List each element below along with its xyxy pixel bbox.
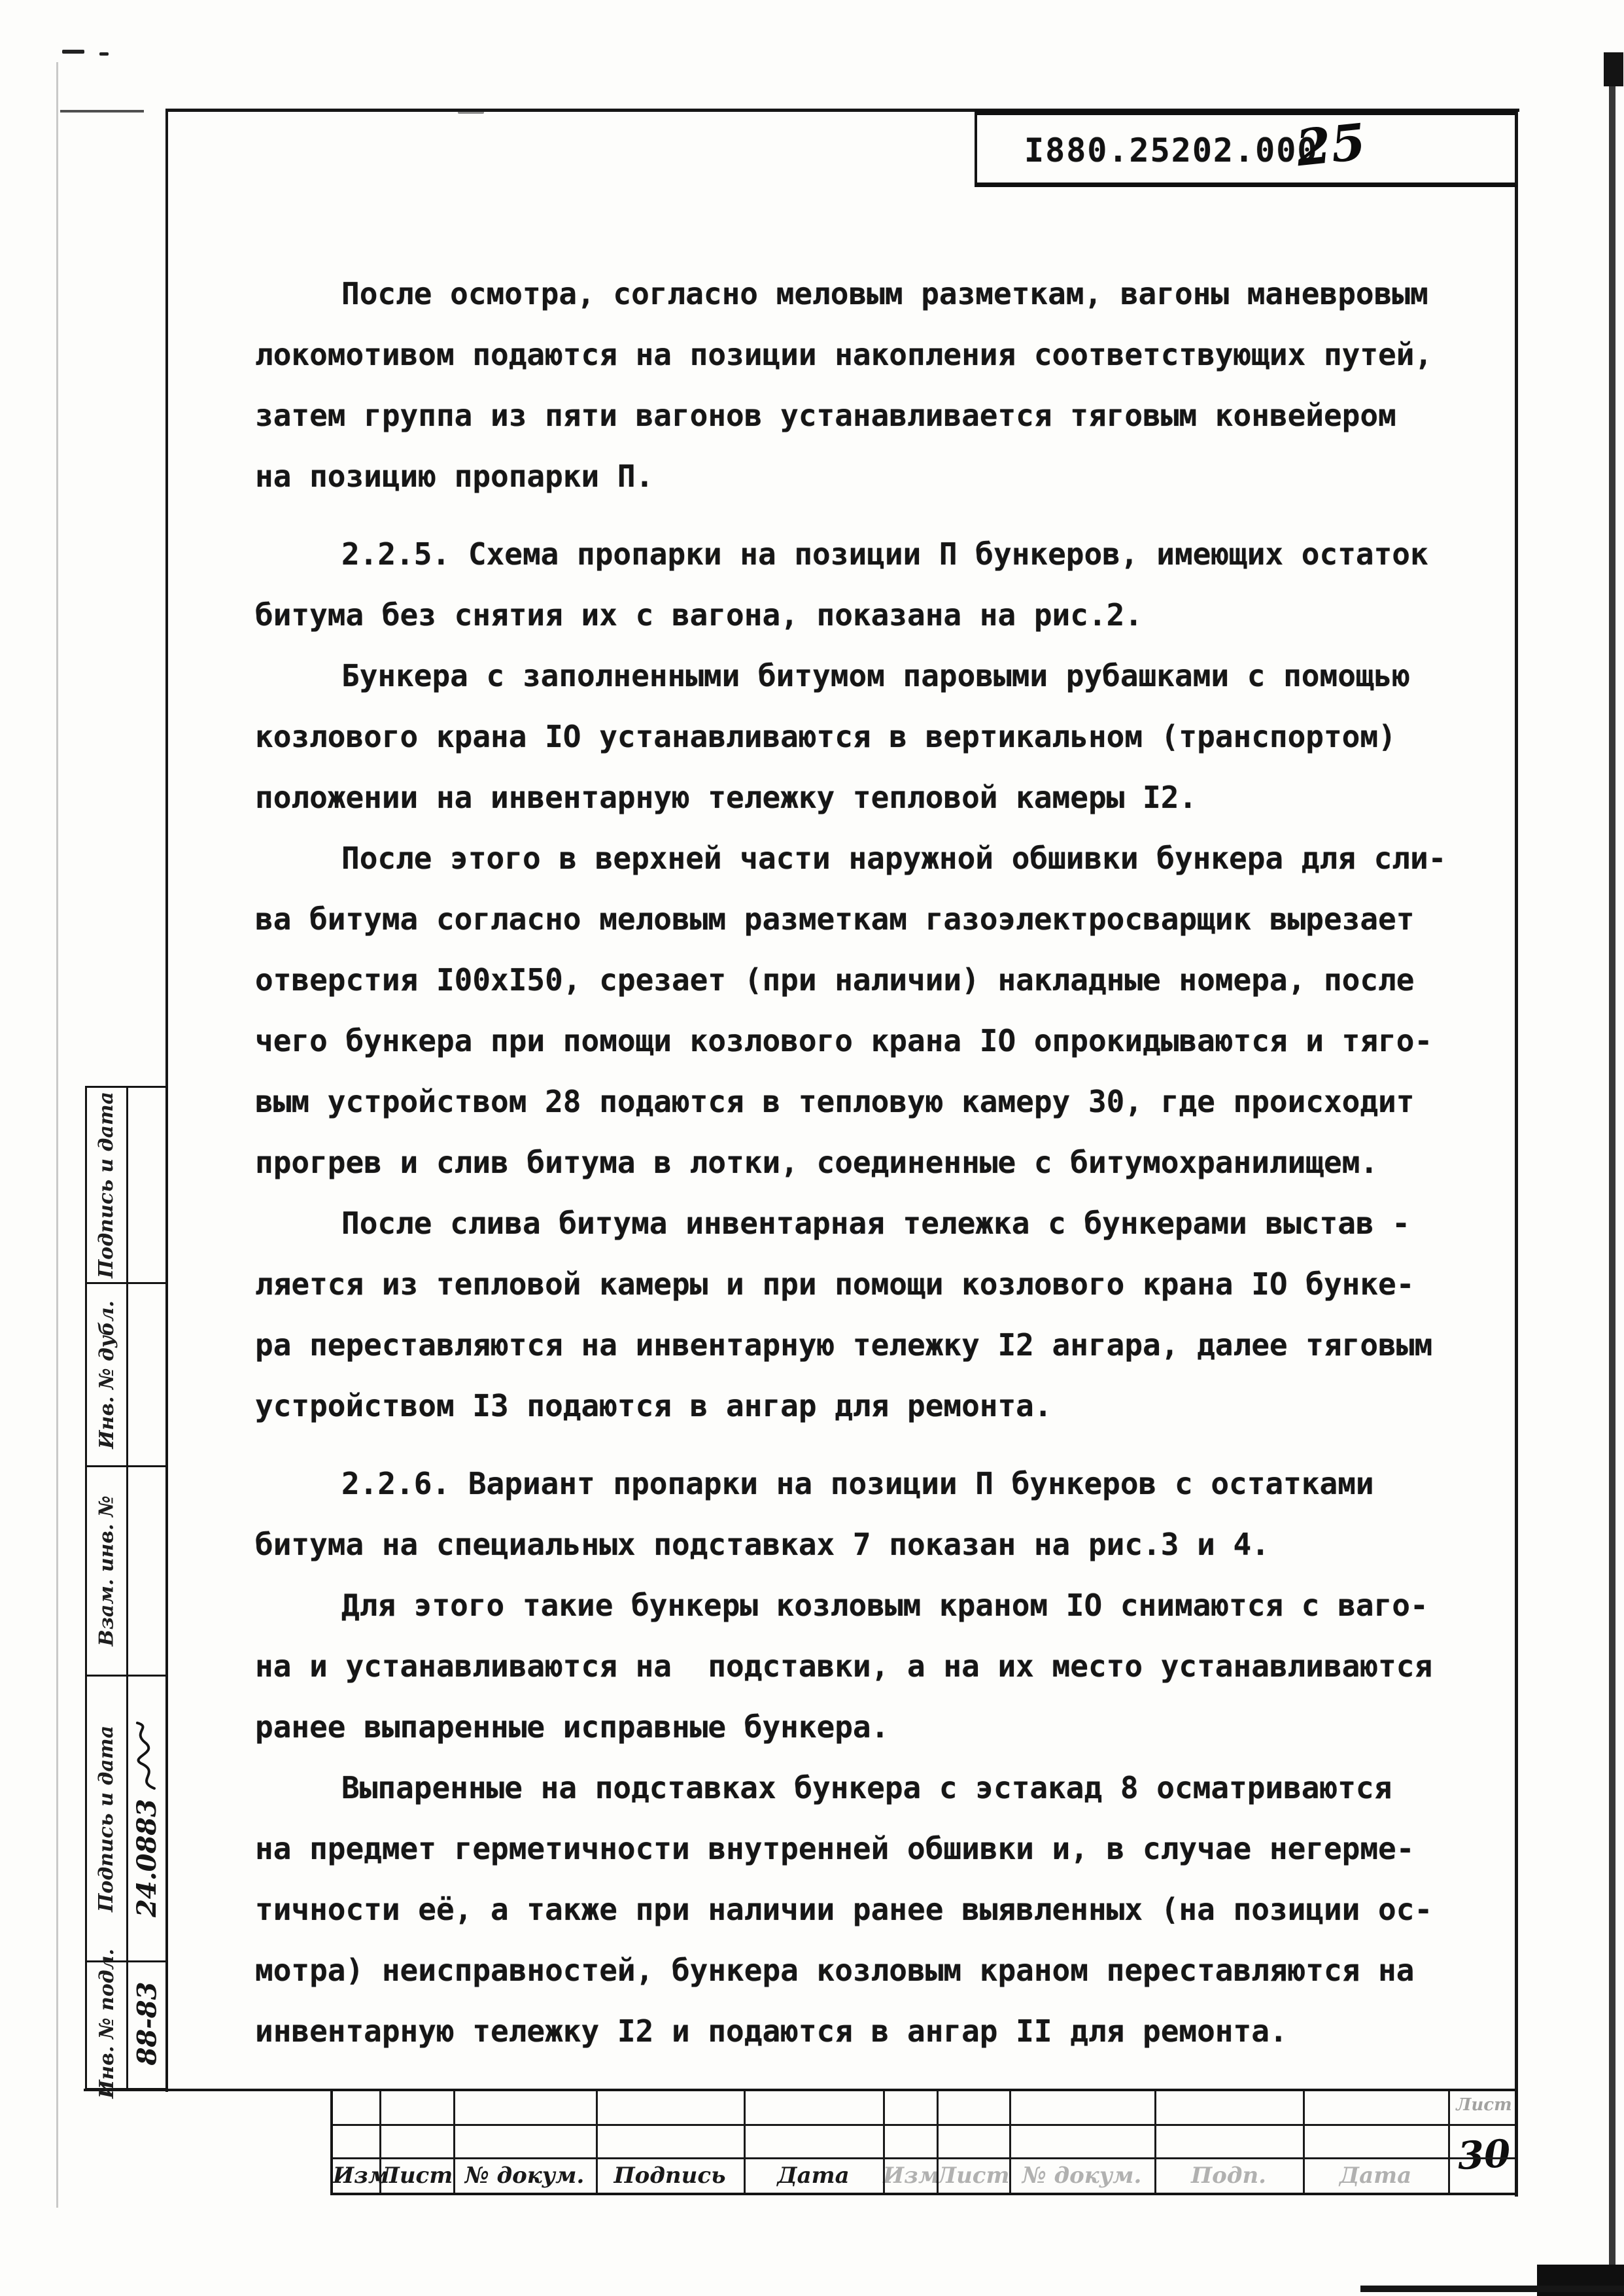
text-line: ва битума согласно меловым разметкам газ… (255, 889, 1494, 950)
scan-speck (458, 111, 484, 114)
scan-speck (62, 50, 84, 54)
text-line: прогрев и слив битума в лотки, соединенн… (255, 1132, 1494, 1193)
scan-speck (99, 52, 109, 56)
stamp-label: Лист (379, 2159, 453, 2193)
handwritten-value: 88-83 (131, 1981, 162, 2065)
text-line: локомотивом подаются на позиции накоплен… (255, 324, 1494, 385)
text-line: козлового крана IO устанавливаются в вер… (255, 706, 1494, 767)
text-line: ра переставляются на инвентарную тележку… (255, 1315, 1494, 1376)
text-line: После осмотра, согласно меловым разметка… (255, 264, 1494, 324)
text-line: инвентарную тележку I2 и подаются в анга… (255, 2001, 1494, 2062)
stamp-column-line (1448, 2091, 1450, 2193)
title-block-stamp: Лист 30 ИзмЛист№ докум.ПодписьДатаИзмЛис… (330, 2089, 1517, 2195)
handwritten-value: 24.0883 (131, 1799, 162, 1917)
frame-right-line (1515, 109, 1518, 2197)
sidebar-cell-label-text: Подпись и дата (95, 1725, 118, 1911)
text-line: битума без снятия их с вагона, показана … (255, 585, 1494, 646)
sidebar-cell: Инв. № дубл. (87, 1284, 165, 1467)
sheet-number-handwritten: 30 (1447, 2130, 1521, 2180)
text-line: После слива битума инвентарная тележка с… (255, 1193, 1494, 1254)
text-line: вым устройством 28 подаются в тепловую к… (255, 1071, 1494, 1132)
sidebar-cell-value: 24.0883 (128, 1677, 165, 1960)
sidebar-cell: Взам. инв. № (87, 1467, 165, 1677)
text-line: затем группа из пяти вагонов устанавлива… (255, 385, 1494, 446)
scanned-document-page: { "header": { "doc_number": "I880.25202.… (0, 0, 1624, 2296)
stamp-label-faded: Подп. (1154, 2159, 1303, 2193)
text-line: 2.2.5. Схема пропарки на позиции П бунке… (255, 524, 1494, 585)
text-line: на позицию пропарки П. (255, 446, 1494, 507)
text-line: ранее выпаренные исправные бункера. (255, 1697, 1494, 1758)
text-line: чего бункера при помощи козлового крана … (255, 1011, 1494, 1071)
sidebar-cell-value: 88-83 (128, 1962, 165, 2084)
text-line: битума на специальных подставках 7 показ… (255, 1514, 1494, 1575)
text-line: устройством I3 подаются в ангар для ремо… (255, 1376, 1494, 1436)
signature-scribble (132, 1720, 162, 1792)
sheet-label: Лист (1448, 2095, 1520, 2115)
stamp-label-faded: Лист (937, 2159, 1009, 2193)
text-line: отверстия I00хI50, срезает (при наличии)… (255, 950, 1494, 1011)
stamp-label: Подпись (596, 2159, 744, 2193)
text-line: Выпаренные на подставках бункера с эстак… (255, 1758, 1494, 1818)
text-line: тичности её, а также при наличии ранее в… (255, 1879, 1494, 1940)
sidebar-cell-label-text: Взам. инв. № (95, 1495, 118, 1646)
frame-stray-mark (60, 110, 144, 113)
text-line: Бункера с заполненными битумом паровыми … (255, 646, 1494, 706)
text-line: положении на инвентарную тележку теплово… (255, 767, 1494, 828)
sidebar-cell-label: Подпись и дата (87, 1088, 126, 1282)
text-line: Для этого такие бункеры козловым краном … (255, 1575, 1494, 1636)
sidebar-cell-label-text: Инв. № дубл. (95, 1300, 118, 1449)
doc-number-handwritten: 25 (1294, 117, 1368, 174)
sidebar-cell: Инв. № подл.88-83 (87, 1962, 165, 2084)
scan-right-edge (1609, 52, 1615, 2295)
text-line: После этого в верхней части наружной обш… (255, 828, 1494, 889)
sidebar-cell-label-text: Инв. № подл. (95, 1949, 118, 2098)
doc-number-text: I880.25202.000 (1024, 132, 1318, 169)
doc-number-box: I880.25202.000 25 (975, 110, 1517, 187)
typed-text-block: После осмотра, согласно меловым разметка… (255, 264, 1494, 2062)
text-line: на предмет герметичности внутренней обши… (255, 1818, 1494, 1879)
text-line: 2.2.6. Вариант пропарки на позиции П бун… (255, 1453, 1494, 1514)
sidebar-cell-label: Инв. № подл. (87, 1962, 126, 2084)
sidebar-cell-label: Подпись и дата (87, 1677, 126, 1960)
stamp-label: № докум. (453, 2159, 596, 2193)
stamp-label-faded: Изм (883, 2159, 937, 2193)
scan-mark-top-right (1604, 52, 1623, 86)
stamp-label: Дата (744, 2159, 883, 2193)
sidebar-cell: Подпись и дата (87, 1088, 165, 1284)
stamp-label: Изм (333, 2159, 379, 2193)
scan-left-edge (56, 62, 58, 2208)
text-line: на и устанавливаются на подставки, а на … (255, 1636, 1494, 1697)
sidebar-cell-label-text: Подпись и дата (95, 1092, 118, 1278)
text-line: ляется из тепловой камеры и при помощи к… (255, 1254, 1494, 1315)
sidebar-cell-label: Взам. инв. № (87, 1467, 126, 1675)
sidebar-cell: Подпись и дата24.0883 (87, 1677, 165, 1962)
sidebar-cell-label: Инв. № дубл. (87, 1284, 126, 1465)
inventory-margin-strip: Подпись и датаИнв. № дубл.Взам. инв. №По… (85, 1086, 167, 2090)
stamp-label-faded: Дата (1303, 2159, 1448, 2193)
stamp-row-line (333, 2124, 1515, 2126)
text-line: мотра) неисправностей, бункера козловым … (255, 1940, 1494, 2001)
stamp-label-faded: № докум. (1009, 2159, 1154, 2193)
scan-bottom-edge (1360, 2286, 1624, 2292)
